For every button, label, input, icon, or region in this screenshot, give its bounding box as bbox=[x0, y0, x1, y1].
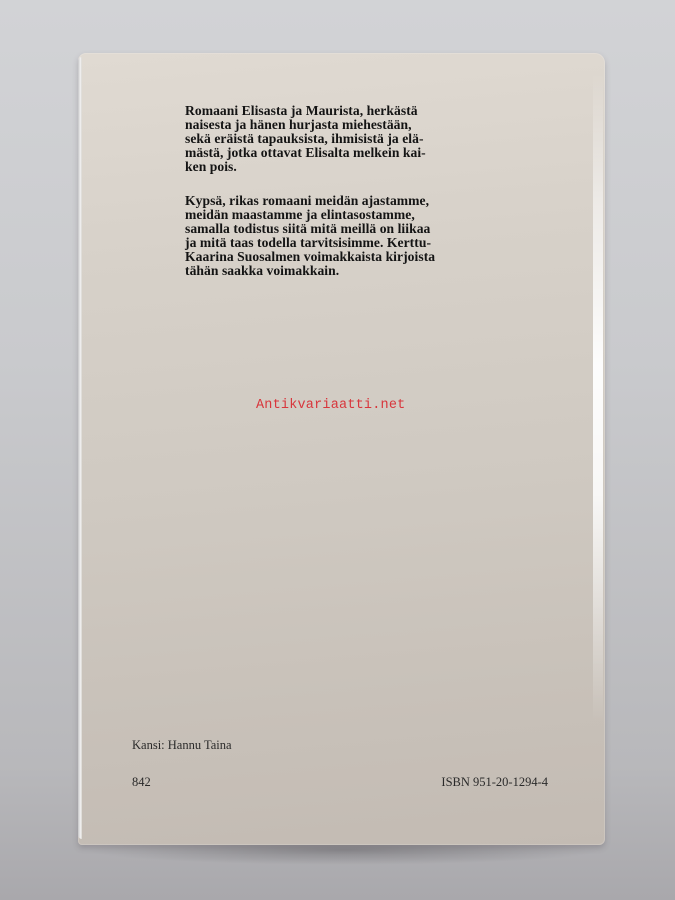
blurb-line: ja mitä taas todella tarvitsisimme. Kert… bbox=[185, 235, 431, 250]
blurb-line: samalla todistus siitä mitä meillä on li… bbox=[185, 221, 430, 236]
blurb-line: Romaani Elisasta ja Maurista, herkästä bbox=[185, 103, 418, 118]
blurb-line: Kypsä, rikas romaani meidän ajastamme, bbox=[185, 193, 429, 208]
blurb-paragraph-2: Kypsä, rikas romaani meidän ajastamme, m… bbox=[185, 194, 485, 278]
blurb-line: Kaarina Suosalmen voimakkaista kirjoista bbox=[185, 249, 435, 264]
book-spine-edge bbox=[78, 57, 82, 839]
blurb-line: ken pois. bbox=[185, 159, 237, 174]
blurb-line: naisesta ja hänen hurjasta miehestään, bbox=[185, 117, 412, 132]
dust-jacket-glare bbox=[593, 73, 603, 723]
isbn-number: ISBN 951-20-1294-4 bbox=[441, 775, 548, 790]
blurb-line: meidän maastamme ja elintasostamme, bbox=[185, 207, 415, 222]
watermark-text: Antikvariaatti.net bbox=[256, 398, 405, 413]
blurb-line: sekä eräistä tapauksista, ihmisistä ja e… bbox=[185, 131, 424, 146]
blurb-line: tähän saakka voimakkain. bbox=[185, 263, 339, 278]
cover-credit: Kansi: Hannu Taina bbox=[132, 738, 232, 753]
blurb-line: mästä, jotka ottavat Elisalta melkein ka… bbox=[185, 145, 426, 160]
book-back-cover: Romaani Elisasta ja Maurista, herkästä n… bbox=[78, 53, 605, 845]
blurb-paragraph-1: Romaani Elisasta ja Maurista, herkästä n… bbox=[185, 104, 485, 174]
catalog-number: 842 bbox=[132, 775, 151, 790]
